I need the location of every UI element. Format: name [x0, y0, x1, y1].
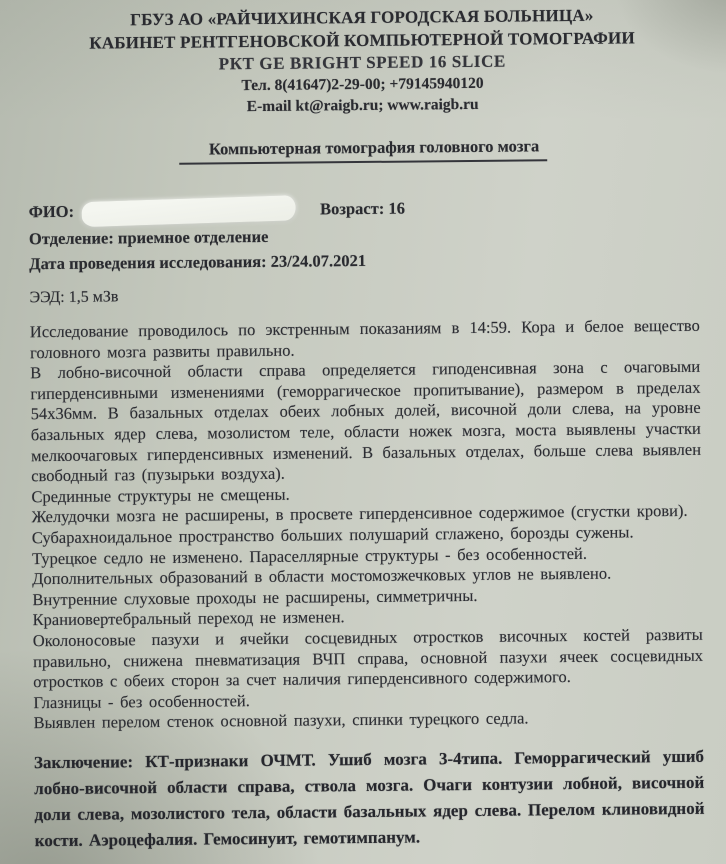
radiation-dose: ЭЭД: 1,5 мЗв [29, 282, 699, 308]
name-redaction-blob [82, 195, 297, 227]
letterhead: ГБУЗ АО «РАЙЧИХИНСКАЯ ГОРОДСКАЯ БОЛЬНИЦА… [27, 3, 698, 119]
findings-section: Исследование проводилось по экстренным п… [30, 316, 704, 712]
conclusion-section: Заключение: КТ-признаки ОЧМТ. Ушиб мозга… [34, 744, 705, 854]
finding-paragraph: Околоносовые пазухи и ячейки сосцевидных… [33, 625, 704, 693]
study-date: Дата проведения исследования: 23/24.07.2… [29, 245, 699, 276]
finding-paragraph: Исследование проводилось по экстренным п… [30, 316, 700, 364]
patient-age: Возраст: 16 [320, 199, 405, 220]
scanned-document-page: ГБУЗ АО «РАЙЧИХИНСКАЯ ГОРОДСКАЯ БОЛЬНИЦА… [0, 0, 726, 864]
title-wrap: Компьютерная томография головного мозга [28, 135, 698, 166]
finding-paragraph: В лобно-височной области справа определя… [30, 357, 701, 487]
patient-block: ФИО: Возраст: 16 Отделение: приемное отд… [29, 192, 700, 276]
document-title: Компьютерная томография головного мозга [179, 136, 548, 165]
fio-label: ФИО: [29, 202, 75, 222]
